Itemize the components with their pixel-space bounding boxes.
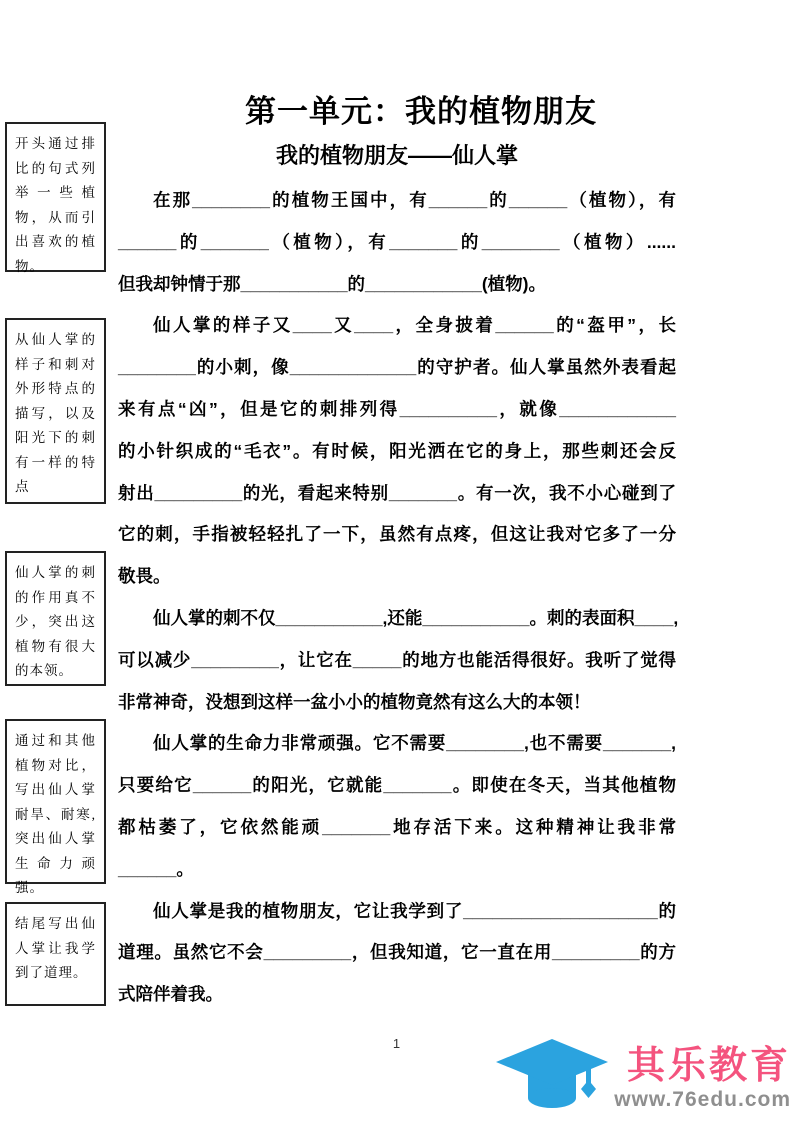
margin-note-thorn-function: 仙人掌的刺的作用真不少，突出这植物有很大的本领。 (5, 551, 106, 686)
essay-line: 都枯萎了，它依然能顽_______地存活下来。这种精神让我非常 (118, 807, 676, 849)
essay-line: 仙人掌的样子又____又____，全身披着______的“盔甲”，长 (118, 305, 676, 347)
essay-line: ______的_______（植物），有_______的________（植物）… (118, 222, 676, 264)
essay-line: 只要给它______的阳光，它就能_______。即使在冬天，当其他植物 (118, 765, 676, 807)
margin-note-vitality: 通过和其他植物对比，写出仙人掌耐旱、耐寒,突出仙人掌生命力顽强。 (5, 719, 106, 884)
margin-note-intro: 开头通过排比的句式列举一些植物，从而引出喜欢的植物。 (5, 122, 106, 272)
essay-subtitle: 我的植物朋友——仙人掌 (118, 142, 676, 169)
essay-line: 在那________的植物王国中，有______的______（植物），有 (118, 180, 676, 222)
essay-line: 仙人掌的生命力非常顽强。它不需要________,也不需要_______, (118, 723, 676, 765)
margin-note-appearance: 从仙人掌的样子和刺对外形特点的描写，以及阳光下的刺有一样的特点 (5, 318, 106, 504)
brand-logo: 其乐教育 www.76edu.com (490, 1032, 791, 1112)
essay-line: 仙人掌是我的植物朋友，它让我学到了____________________的 (118, 891, 676, 933)
essay-line: 式陪伴着我。 (118, 974, 676, 1016)
brand-url: www.76edu.com (614, 1087, 791, 1112)
margin-note-conclusion: 结尾写出仙人掌让我学到了道理。 (5, 902, 106, 1006)
essay-line: ______。 (118, 849, 676, 891)
graduation-cap-icon (490, 1032, 610, 1112)
margin-note-text: 通过和其他植物对比，写出仙人掌耐旱、耐寒,突出仙人掌生命力顽强。 (15, 733, 96, 895)
page-title: 第一单元：我的植物朋友 (118, 94, 676, 130)
essay-line: 非常神奇，没想到这样一盆小小的植物竟然有这么大的本领！ (118, 682, 676, 724)
essay-line: 可以减少_________，让它在_____的地方也能活得很好。我听了觉得 (118, 640, 676, 682)
essay-line: 道理。虽然它不会_________，但我知道，它一直在用_________的方 (118, 932, 676, 974)
essay-line: 射出_________的光，看起来特别_______。有一次，我不小心碰到了 (118, 473, 676, 515)
margin-note-text: 仙人掌的刺的作用真不少，突出这植物有很大的本领。 (15, 565, 96, 678)
margin-note-text: 开头通过排比的句式列举一些植物，从而引出喜欢的植物。 (15, 136, 96, 274)
essay-line: 敬畏。 (118, 556, 676, 598)
essay-line: 的小针织成的“毛衣”。有时候，阳光洒在它的身上，那些刺还会反 (118, 431, 676, 473)
essay-line: 但我却钟情于那___________的____________(植物)。 (118, 264, 676, 306)
essay-line: 来有点“凶”，但是它的刺排列得__________，就像____________ (118, 389, 676, 431)
essay-line: 仙人掌的刺不仅___________,还能___________。刺的表面积__… (118, 598, 676, 640)
essay-line: 它的刺，手指被轻轻扎了一下，虽然有点疼，但这让我对它多了一分 (118, 514, 676, 556)
document-page: 第一单元：我的植物朋友 我的植物朋友——仙人掌 开头通过排比的句式列举一些植物，… (0, 0, 793, 1122)
essay-line: ________的小刺，像_____________的守护者。仙人掌虽然外表看起 (118, 347, 676, 389)
margin-note-text: 从仙人掌的样子和刺对外形特点的描写，以及阳光下的刺有一样的特点 (15, 332, 96, 494)
brand-text-block: 其乐教育 www.76edu.com (614, 1045, 791, 1112)
essay-body: 在那________的植物王国中，有______的______（植物），有 __… (118, 180, 676, 1016)
margin-note-text: 结尾写出仙人掌让我学到了道理。 (15, 916, 96, 980)
brand-name: 其乐教育 (627, 1045, 791, 1087)
